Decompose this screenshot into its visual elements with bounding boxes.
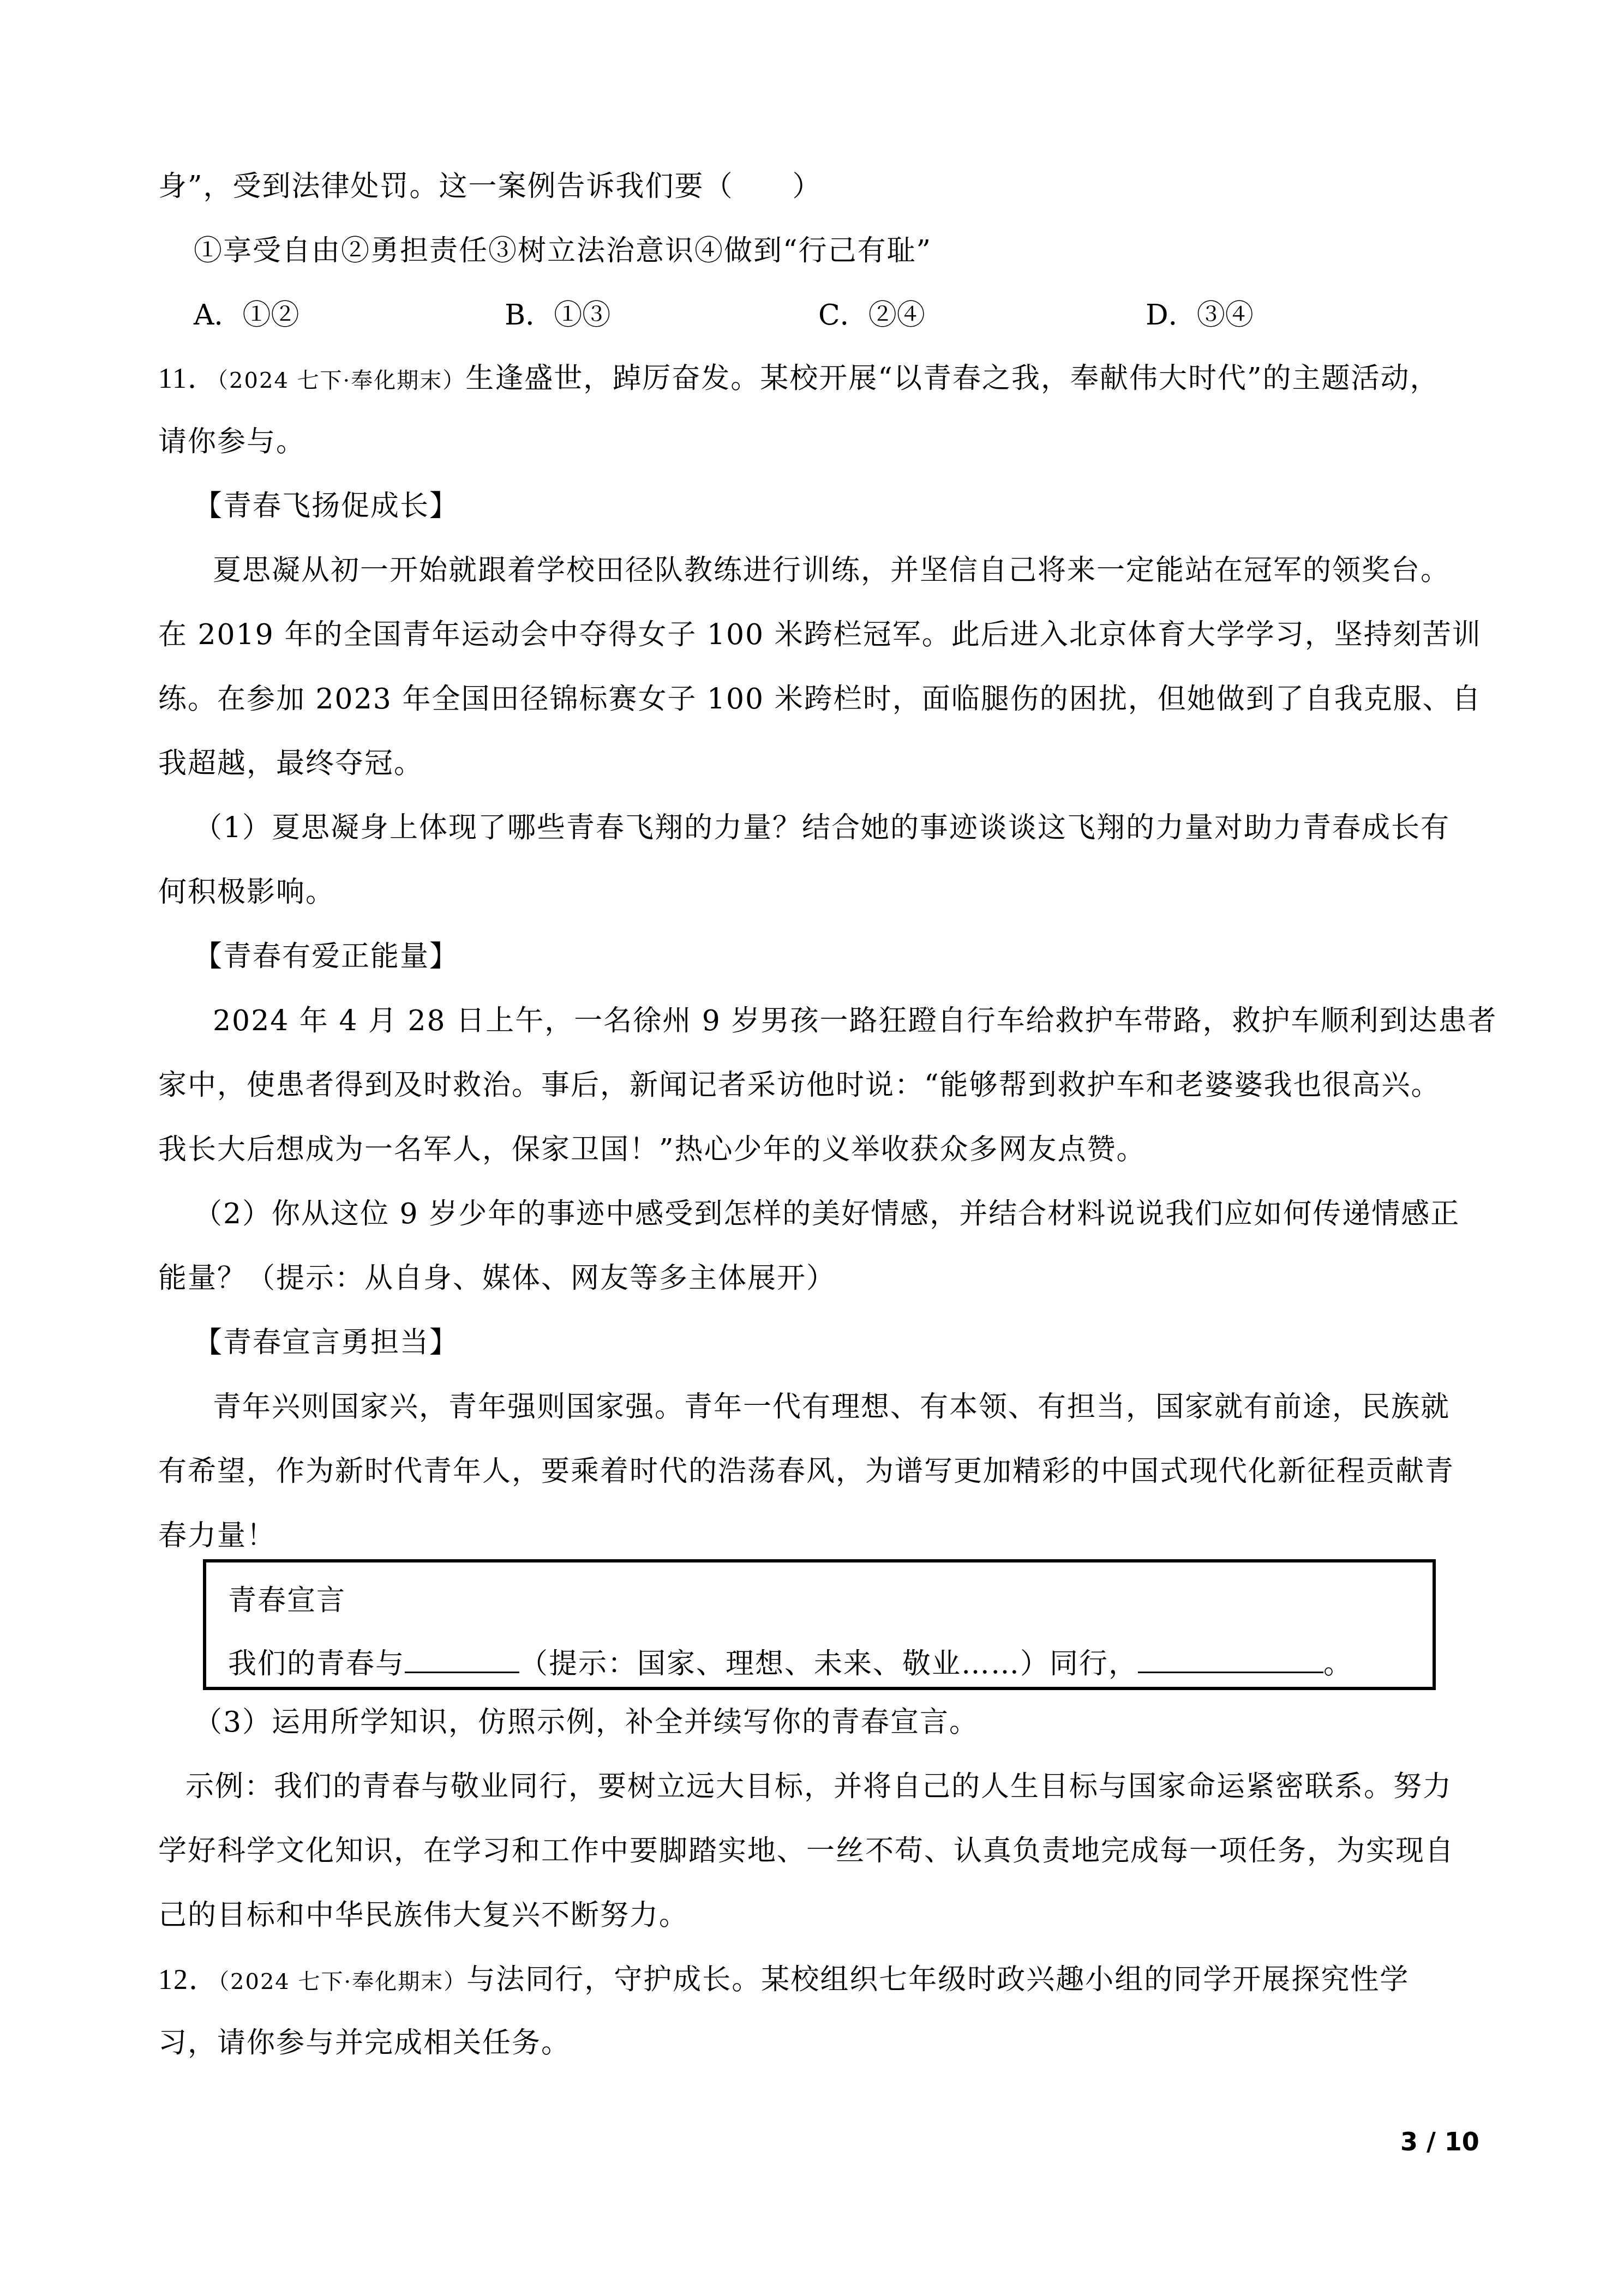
example-line: 学好科学文化知识，在学习和工作中要脚踏实地、一丝不苟、认真负责地完成每一项任务，… <box>158 1835 1454 1867</box>
fill-blank-1[interactable] <box>405 1644 519 1673</box>
option-d-label: D． <box>1146 299 1197 332</box>
question-1-line: 何积极影响。 <box>158 876 335 909</box>
section3-line: 青年兴则国家兴，青年强则国家强。青年一代有理想、有本领、有担当，国家就有前途，民… <box>213 1391 1450 1423</box>
option-c[interactable]: C．②④ <box>818 299 925 332</box>
example-line: 示例：我们的青春与敬业同行，要树立远大目标，并将自己的人生目标与国家命运紧密联系… <box>185 1770 1452 1803</box>
q11-stem-text: 生逢盛世，踔厉奋发。某校开展“以青春之我，奉献伟大时代”的主题活动， <box>465 362 1439 395</box>
section3-line: 春力量！ <box>158 1519 276 1552</box>
youth-declaration-box: 青春宣言 我们的青春与（提示：国家、理想、未来、敬业……）同行，。 <box>203 1559 1436 1690</box>
declaration-prefix: 我们的青春与 <box>228 1648 405 1680</box>
option-b-label: B． <box>505 299 554 332</box>
q10-stem-end: 身”，受到法律处罚。这一案例告诉我们要（ ） <box>158 170 822 203</box>
q12-stem-text: 与法同行，守护成长。某校组织七年级时政兴趣小组的同学开展探究性学 <box>466 1963 1409 1996</box>
exam-page: 身”，受到法律处罚。这一案例告诉我们要（ ） ①享受自由②勇担责任③树立法治意识… <box>0 0 1624 2296</box>
section2-heading: 【青春有爱正能量】 <box>194 940 459 973</box>
option-a-label: A． <box>194 299 243 332</box>
section1-line: 练。在参加 2023 年全国田径锦标赛女子 100 米跨栏时，面临腿伤的困扰，但… <box>158 683 1482 716</box>
q11-stem-line2: 请你参与。 <box>158 425 305 458</box>
option-c-label: C． <box>818 299 868 332</box>
question-3-line: （3）运用所学知识，仿照示例，补全并续写你的青春宣言。 <box>194 1706 979 1739</box>
section3-heading: 【青春宣言勇担当】 <box>194 1326 459 1359</box>
section1-line: 夏思凝从初一开始就跟着学校田径队教练进行训练，并坚信自己将来一定能站在冠军的领奖… <box>213 554 1450 587</box>
question-2-line: 能量？（提示：从自身、媒体、网友等多主体展开） <box>158 1262 836 1295</box>
option-c-value: ②④ <box>868 299 925 332</box>
section3-line: 有希望，作为新时代青年人，要乘着时代的浩荡春风，为谱写更加精彩的中国式现代化新征… <box>158 1455 1454 1488</box>
declaration-title: 青春宣言 <box>228 1584 346 1617</box>
section2-line: 我长大后想成为一名军人，保家卫国！”热心少年的义举收获众多网友点赞。 <box>158 1133 1146 1166</box>
q10-statements: ①享受自由②勇担责任③树立法治意识④做到“行己有耻” <box>194 235 932 267</box>
q12-source: （2024 七下·奉化期末） <box>218 1969 466 1994</box>
page-number: 3 / 10 <box>1400 2127 1479 2156</box>
option-a-value: ①② <box>243 299 299 332</box>
option-d[interactable]: D．③④ <box>1146 299 1254 332</box>
declaration-end: 。 <box>1323 1648 1353 1680</box>
example-line: 己的目标和中华民族伟大复兴不断努力。 <box>158 1899 688 1932</box>
q11-source: （2024 七下·奉化期末） <box>217 368 465 393</box>
question-1-line: （1）夏思凝身上体现了哪些青春飞翔的力量？结合她的事迹谈谈这飞翔的力量对助力青春… <box>194 812 1450 844</box>
declaration-hint: （提示：国家、理想、未来、敬业……）同行， <box>519 1648 1138 1680</box>
option-d-value: ③④ <box>1197 299 1254 332</box>
section2-line: 家中，使患者得到及时救治。事后，新闻记者采访他时说：“能够帮到救护车和老婆婆我也… <box>158 1069 1441 1102</box>
declaration-line: 我们的青春与（提示：国家、理想、未来、敬业……）同行，。 <box>228 1644 1353 1680</box>
q12-stem-line1: 12．（2024 七下·奉化期末）与法同行，守护成长。某校组织七年级时政兴趣小组… <box>158 1963 1409 1998</box>
q11-number: 11． <box>158 363 217 394</box>
option-b[interactable]: B．①③ <box>505 299 610 332</box>
section1-heading: 【青春飞扬促成长】 <box>194 490 459 522</box>
q12-number: 12． <box>158 1964 218 1996</box>
section2-line: 2024 年 4 月 28 日上午，一名徐州 9 岁男孩一路狂蹬自行车给救护车带… <box>213 1005 1497 1037</box>
section1-line: 在 2019 年的全国青年运动会中夺得女子 100 米跨栏冠军。此后进入北京体育… <box>158 618 1482 651</box>
q11-stem-line1: 11．（2024 七下·奉化期末）生逢盛世，踔厉奋发。某校开展“以青春之我，奉献… <box>158 362 1439 397</box>
option-a[interactable]: A．①② <box>194 299 299 332</box>
option-b-value: ①③ <box>554 299 610 332</box>
question-2-line: （2）你从这位 9 岁少年的事迹中感受到怎样的美好情感，并结合材料说说我们应如何… <box>194 1198 1460 1230</box>
section1-line: 我超越，最终夺冠。 <box>158 747 423 780</box>
q12-stem-line2: 习，请你参与并完成相关任务。 <box>158 2027 571 2059</box>
fill-blank-2[interactable] <box>1138 1644 1323 1673</box>
